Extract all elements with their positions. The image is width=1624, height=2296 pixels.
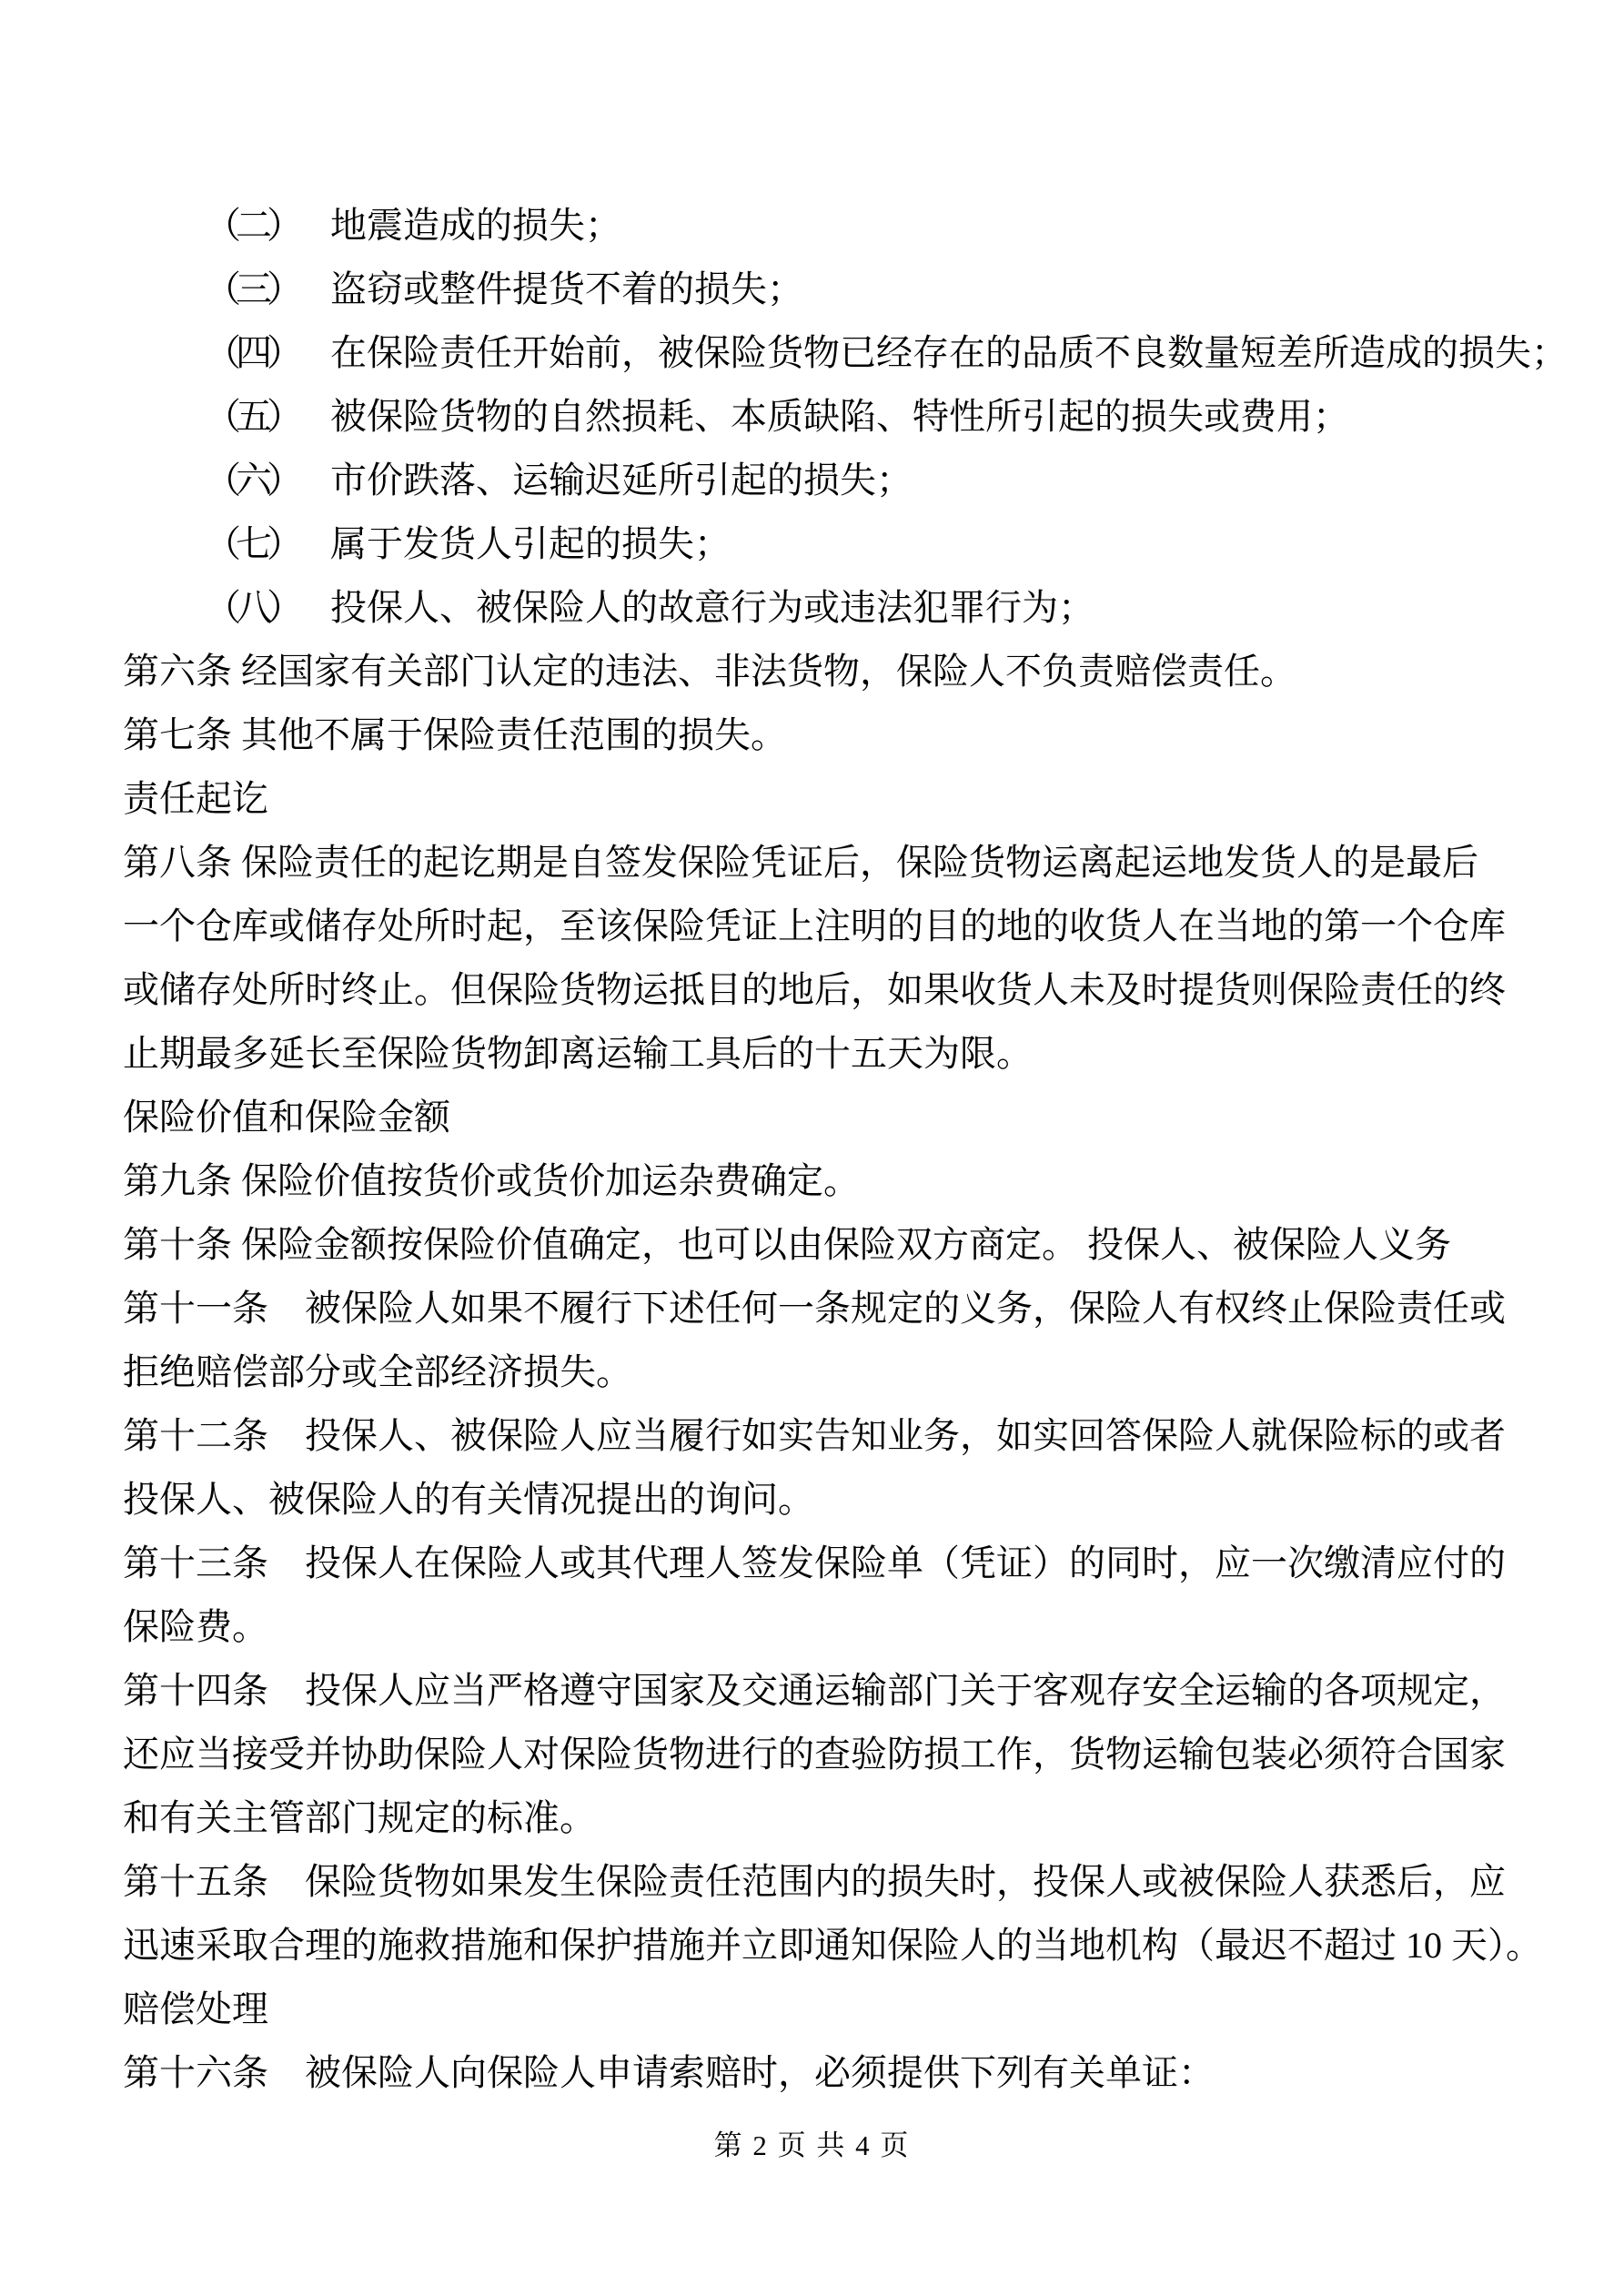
line-text: 盗窃或整件提货不着的损失； [330,268,803,309]
text-line: （四）在保险责任开始前，被保险货物已经存在的品质不良数量短差所造成的损失； [123,321,1510,385]
document-page: （二）地震造成的损失；（三）盗窃或整件提货不着的损失；（四）在保险责任开始前，被… [0,0,1624,2296]
line-text: 投保人、被保险人的故意行为或违法犯罪行为； [330,587,1094,628]
text-line: 第十四条 投保人应当严格遵守国家及交通运输部门关于客观存安全运输的各项规定， [123,1659,1510,1723]
text-line: （五）被保险货物的自然损耗、本质缺陷、特性所引起的损失或费用； [123,385,1510,449]
line-text: 第十二条 投保人、被保险人应当履行如实告知业务，如实回答保险人就保险标的或者 [123,1415,1506,1456]
text-line: 责任起讫 [123,767,1510,831]
line-text: 迅速采取合理的施救措施和保护措施并立即通知保险人的当地机构（最迟不超过 10 天… [123,1925,1542,1966]
line-text: 还应当接受并协助保险人对保险货物进行的查验防损工作，货物运输包装必须符合国家 [123,1734,1506,1775]
text-line: 或储存处所时终止。但保险货物运抵目的地后，如果收货人未及时提货则保险责任的终 [123,958,1510,1022]
text-line: 止期最多延长至保险货物卸离运输工具后的十五天为限。 [123,1022,1510,1086]
line-text: 第六条 经国家有关部门认定的违法、非法货物，保险人不负责赔偿责任。 [123,651,1296,692]
text-line: （二）地震造成的损失； [123,194,1510,258]
text-line: 第十一条 被保险人如果不履行下述任何一条规定的义务，保险人有权终止保险责任或 [123,1277,1510,1340]
line-text: 市价跌落、运输迟延所引起的损失； [330,460,913,501]
line-text: 第十条 保险金额按保险价值确定，也可以由保险双方商定。 投保人、被保险人义务 [123,1224,1451,1265]
text-line: 和有关主管部门规定的标准。 [123,1786,1510,1850]
line-text: 第八条 保险责任的起讫期是自签发保险凭证后，保险货物运离起运地发货人的是最后 [123,842,1478,883]
line-text: 属于发货人引起的损失； [330,523,731,564]
item-number: （三） [205,258,298,321]
text-line: 第八条 保险责任的起讫期是自签发保险凭证后，保险货物运离起运地发货人的是最后 [123,831,1510,895]
line-text: 第十三条 投保人在保险人或其代理人签发保险单（凭证）的同时，应一次缴清应付的 [123,1542,1506,1583]
item-number: （七） [205,512,298,576]
text-line: 拒绝赔偿部分或全部经济损失。 [123,1340,1510,1404]
document-body: （二）地震造成的损失；（三）盗窃或整件提货不着的损失；（四）在保险责任开始前，被… [123,194,1510,2105]
item-number: （六） [205,449,298,512]
text-line: 第十二条 投保人、被保险人应当履行如实告知业务，如实回答保险人就保险标的或者 [123,1404,1510,1468]
line-text: 在保险责任开始前，被保险货物已经存在的品质不良数量短差所造成的损失； [330,332,1568,373]
text-line: （七）属于发货人引起的损失； [123,512,1510,576]
line-text: 或储存处所时终止。但保险货物运抵目的地后，如果收货人未及时提货则保险责任的终 [123,969,1506,1010]
line-text: 地震造成的损失； [330,205,621,246]
line-text: 第十四条 投保人应当严格遵守国家及交通运输部门关于客观存安全运输的各项规定， [123,1670,1506,1711]
line-text: 保险价值和保险金额 [123,1097,450,1138]
line-text: 第十一条 被保险人如果不履行下述任何一条规定的义务，保险人有权终止保险责任或 [123,1288,1506,1329]
line-text: 和有关主管部门规定的标准。 [123,1797,596,1838]
text-line: （三）盗窃或整件提货不着的损失； [123,258,1510,321]
text-line: 保险费。 [123,1595,1510,1659]
text-line: （六）市价跌落、运输迟延所引起的损失； [123,449,1510,512]
line-text: 一个仓库或储存处所时起，至该保险凭证上注明的目的地的收货人在当地的第一个仓库 [123,905,1506,946]
line-text: 拒绝赔偿部分或全部经济损失。 [123,1351,632,1392]
text-line: （八）投保人、被保险人的故意行为或违法犯罪行为； [123,576,1510,640]
text-line: 保险价值和保险金额 [123,1086,1510,1149]
text-line: 投保人、被保险人的有关情况提出的询问。 [123,1468,1510,1532]
line-text: 止期最多延长至保险货物卸离运输工具后的十五天为限。 [123,1033,1033,1074]
line-text: 第十五条 保险货物如果发生保险责任范围内的损失时，投保人或被保险人获悉后，应 [123,1861,1506,1902]
text-line: 第十条 保险金额按保险价值确定，也可以由保险双方商定。 投保人、被保险人义务 [123,1213,1510,1277]
item-number: （八） [205,576,298,640]
item-number: （五） [205,385,298,449]
text-line: 第十五条 保险货物如果发生保险责任范围内的损失时，投保人或被保险人获悉后，应 [123,1850,1510,1914]
item-number: （四） [205,321,298,385]
page-footer: 第 2 页 共 4 页 [0,2126,1624,2166]
line-text: 第九条 保险价值按货价或货价加运杂费确定。 [123,1160,860,1201]
item-number: （二） [205,194,298,258]
line-text: 责任起讫 [123,778,268,819]
text-line: 第六条 经国家有关部门认定的违法、非法货物，保险人不负责赔偿责任。 [123,640,1510,703]
line-text: 被保险货物的自然损耗、本质缺陷、特性所引起的损失或费用； [330,396,1349,437]
text-line: 还应当接受并协助保险人对保险货物进行的查验防损工作，货物运输包装必须符合国家 [123,1723,1510,1786]
text-line: 第十三条 投保人在保险人或其代理人签发保险单（凭证）的同时，应一次缴清应付的 [123,1532,1510,1595]
text-line: 第七条 其他不属于保险责任范围的损失。 [123,703,1510,767]
line-text: 投保人、被保险人的有关情况提出的询问。 [123,1479,814,1520]
line-text: 第十六条 被保险人向保险人申请索赔时，必须提供下列有关单证： [123,2052,1215,2093]
text-line: 迅速采取合理的施救措施和保护措施并立即通知保险人的当地机构（最迟不超过 10 天… [123,1914,1510,1977]
text-line: 第十六条 被保险人向保险人申请索赔时，必须提供下列有关单证： [123,2041,1510,2105]
line-text: 赔偿处理 [123,1988,268,2029]
line-text: 保险费。 [123,1606,268,1647]
text-line: 赔偿处理 [123,1977,1510,2041]
text-line: 一个仓库或储存处所时起，至该保险凭证上注明的目的地的收货人在当地的第一个仓库 [123,895,1510,958]
line-text: 第七条 其他不属于保险责任范围的损失。 [123,714,787,755]
text-line: 第九条 保险价值按货价或货价加运杂费确定。 [123,1149,1510,1213]
